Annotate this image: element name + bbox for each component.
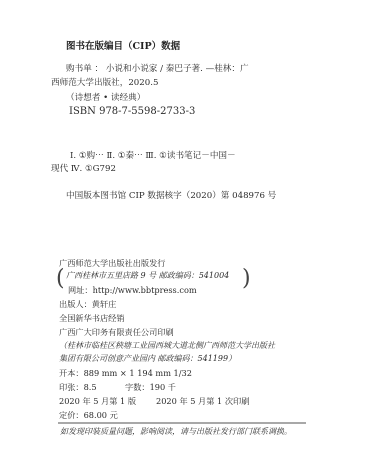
book-format: 开本：889 mm × 1 194 mm 1/32 <box>59 367 192 379</box>
publisher-line: 广西师范大学出版社出版发行 <box>59 257 165 269</box>
cip-entry-line-2: 西师范大学出版社，2020.5 <box>51 77 158 89</box>
divider-rule <box>58 422 306 424</box>
cip-entry-line-1: 购书单 ： 小说和小说家 / 秦巴子著. —桂林：广 <box>66 63 249 75</box>
edition: 2020 年 5 月第 1 版 <box>59 395 136 407</box>
publisher-website: 网址：http://www.bbtpress.com <box>68 284 197 296</box>
bracket-close: ) <box>242 268 251 290</box>
bracket-open: ( <box>56 268 65 290</box>
word-count: 字数：190 千 <box>125 381 176 393</box>
distributor: 全国新华书店经销 <box>59 312 125 324</box>
publisher-address: 广西桂林市五里店路 9 号 邮政编码：541004 <box>66 270 229 282</box>
printer-address-line-1: （桂林市临桂区秧塘工业园西城大道北侧广西师范大学出版社 <box>59 340 275 352</box>
cip-title: 图书在版编目（CIP）数据 <box>66 38 180 52</box>
cip-series: （诗想者 • 读经典） <box>66 92 145 104</box>
quality-notice: 如发现印装质量问题，影响阅读，请与出版社发行部门联系调换。 <box>60 426 292 438</box>
printed-sheets: 印张：8.5 <box>59 381 97 393</box>
printing: 2020 年 5 月第 1 次印刷 <box>156 395 249 407</box>
cip-record-number: 中国版本图书馆 CIP 数据核字（2020）第 048976 号 <box>66 190 276 202</box>
printer-address-line-2: 集团有限公司创意产业园内 邮政编码：541199） <box>59 353 236 365</box>
cip-classification-line-2: 现代 Ⅳ. ①G792 <box>51 163 116 175</box>
printer: 广西广大印务有限责任公司印刷 <box>59 326 174 338</box>
cip-classification-line-1: Ⅰ. ①购⋯ Ⅱ. ①秦⋯ Ⅲ. ①读书笔记－中国－ <box>70 150 236 162</box>
cip-isbn: ISBN 978-7-5598-2733-3 <box>69 105 195 118</box>
price: 定价：68.00 元 <box>59 409 118 421</box>
publisher-person: 出版人：黄轩庄 <box>59 298 116 310</box>
